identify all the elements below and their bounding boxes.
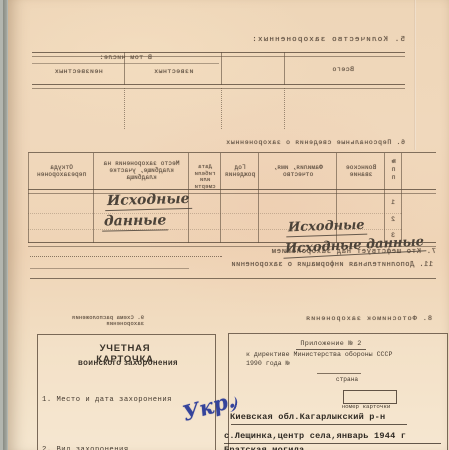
- count-group-underline: [32, 63, 219, 64]
- count-table-body-divider: [123, 88, 125, 129]
- card-subtitle: воинского захоронения: [78, 358, 178, 367]
- extra-info-fill-line: [30, 278, 436, 279]
- typed-village-line: с.Лещинка,центр села,январь 1944 г: [224, 431, 446, 441]
- extra-info-section-label: 11. Дополнительная информация о захороне…: [189, 261, 433, 269]
- count-col-unknown: неизвестных: [32, 68, 125, 75]
- typed-underline: [231, 424, 407, 425]
- persons-col-number: № п п: [385, 158, 402, 182]
- annex-directive-line: к директиве Министерства обороны СССР: [246, 351, 404, 358]
- patron-fill-line: [30, 256, 222, 257]
- country-fill-line: [317, 373, 361, 374]
- persons-row-number: 2: [386, 216, 400, 223]
- persons-table-top-border: [28, 152, 436, 153]
- persons-col-place: Место захоронения на кладбище, участке к…: [94, 160, 189, 181]
- handwritten-note: Исходные: [105, 191, 192, 211]
- count-table-divider: [221, 52, 222, 85]
- count-table-divider: [124, 52, 125, 85]
- count-table-body-divider: [283, 88, 285, 129]
- count-col-total: Всего: [285, 66, 401, 73]
- count-col-including: В том числе:: [32, 54, 219, 61]
- scanned-burial-card: 5. Количество захороненных: В том числе:…: [0, 0, 449, 450]
- card-number-box: [343, 390, 397, 404]
- count-table-body-divider: [220, 88, 222, 129]
- country-label: страна: [327, 376, 367, 383]
- mirrored-back-form: 5. Количество захороненных: В том числе:…: [0, 0, 441, 333]
- persons-col-rank: Воинское звание: [337, 164, 385, 178]
- persons-col-name: Фамилия, имя, отчество: [259, 164, 337, 178]
- annex-heading: Приложение № 2: [296, 340, 366, 350]
- persons-table-header-bottom-border: [28, 189, 436, 194]
- persons-row-divider: [28, 213, 402, 214]
- extra-info-fill-line: [30, 268, 189, 269]
- persons-section-label: 6. Персональные сведения о захороненных: [215, 139, 405, 146]
- schema-section-label: 9. Схема расположения захоронения: [38, 315, 144, 327]
- count-table-divider: [284, 52, 285, 85]
- handwritten-note: данные: [102, 212, 169, 231]
- front-item2-label: 2. Вид захоронения: [42, 446, 192, 450]
- count-table-header-bottom-border: [32, 84, 405, 89]
- count-section-label: 5. Количество захороненных:: [235, 36, 405, 44]
- typed-grave-type-line: Братская могила: [224, 445, 374, 450]
- persons-col-death: Дата гибели или смерти: [189, 164, 221, 190]
- persons-row-number: 1: [386, 199, 400, 206]
- photo-section-label: 8. Фотоснимок захоронения: [282, 315, 432, 323]
- handwritten-note: Исходные: [286, 218, 367, 238]
- card-number-label: номер карточки: [334, 403, 398, 410]
- typed-underline: [224, 443, 441, 444]
- persons-col-birth: Год рождения: [221, 164, 259, 178]
- annex-year-line: 1990 года №: [246, 360, 326, 367]
- typed-region-line: Киевская обл.Кагарлыкский р-н: [230, 412, 410, 422]
- count-col-known: известных: [125, 68, 222, 75]
- persons-col-from: Откуда перезахоронен: [29, 164, 94, 178]
